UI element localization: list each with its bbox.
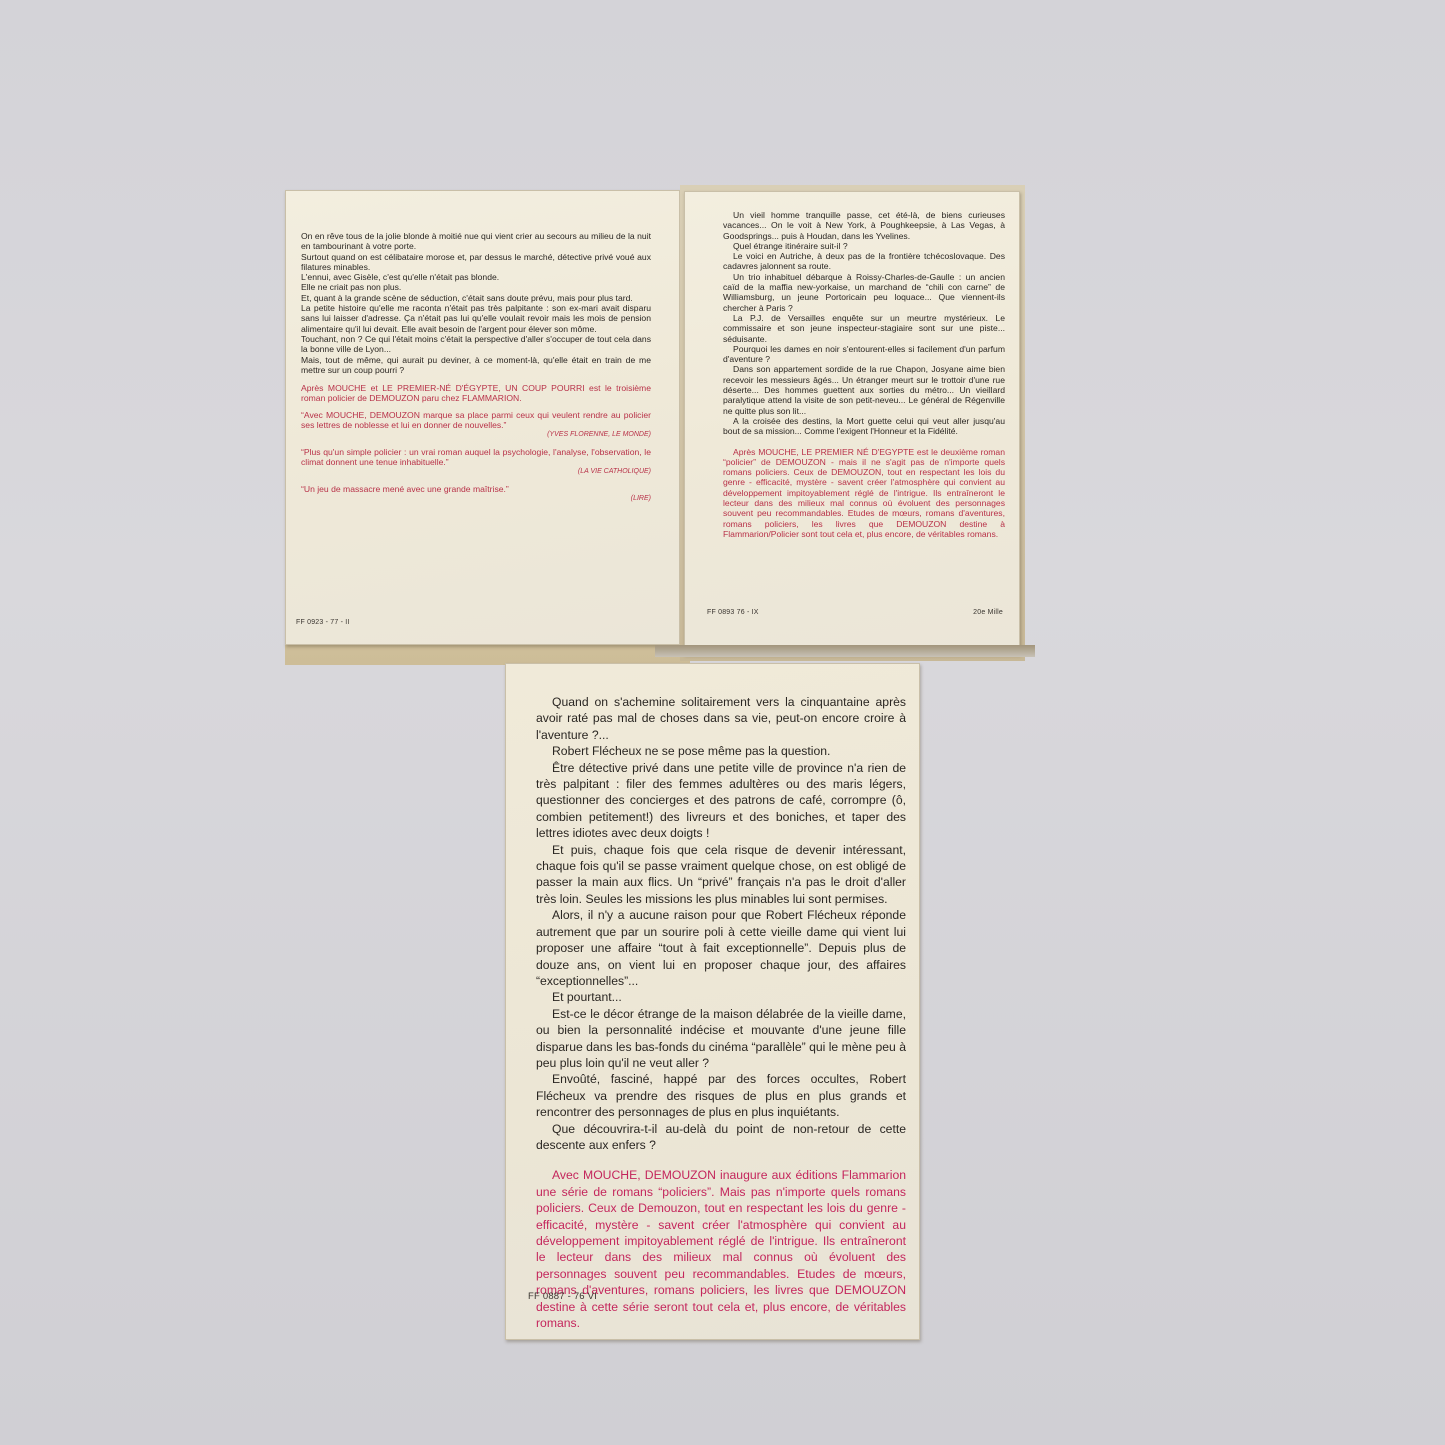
- paragraph: On en rêve tous de la jolie blonde à moi…: [301, 231, 651, 252]
- paragraph: Surtout quand on est célibataire morose …: [301, 252, 651, 273]
- paragraph: Et pourtant...: [536, 989, 906, 1005]
- paragraph: Être détective privé dans une petite vil…: [536, 760, 906, 842]
- book-2-synopsis: Un vieil homme tranquille passe, cet été…: [723, 210, 1005, 539]
- book-3-shadow: [655, 645, 1035, 657]
- paragraph: Est-ce le décor étrange de la maison dél…: [536, 1006, 906, 1072]
- paragraph: Le voici en Autriche, à deux pas de la f…: [723, 251, 1005, 272]
- publisher-blurb: Après MOUCHE, LE PREMIER NÉ D'EGYPTE est…: [723, 447, 1005, 540]
- paragraph: Un trio inhabituel débarque à Roissy-Cha…: [723, 272, 1005, 313]
- paragraph: Pourquoi les dames en noir s'entourent-e…: [723, 344, 1005, 365]
- press-quote: “Un jeu de massacre mené avec une grande…: [301, 484, 651, 494]
- book-1-synopsis: On en rêve tous de la jolie blonde à moi…: [301, 231, 651, 504]
- paragraph: Alors, il n'y a aucune raison pour que R…: [536, 907, 906, 989]
- paragraph: Touchant, non ? Ce qui l'était moins c'é…: [301, 334, 651, 355]
- paragraph: Quand on s'achemine solitairement vers l…: [536, 694, 906, 743]
- publisher-blurb: Avec MOUCHE, DEMOUZON inaugure aux éditi…: [536, 1167, 906, 1331]
- print-run: 20e Mille: [973, 609, 1003, 616]
- book-2-back-cover: Un vieil homme tranquille passe, cet été…: [684, 191, 1020, 654]
- paragraph: Et puis, chaque fois que cela risque de …: [536, 842, 906, 908]
- paragraph: Un vieil homme tranquille passe, cet été…: [723, 210, 1005, 241]
- quote-source: (LIRE): [301, 494, 651, 504]
- book-3-back-cover: Quand on s'achemine solitairement vers l…: [505, 663, 920, 1340]
- paragraph: Envoûté, fasciné, happé par des forces o…: [536, 1071, 906, 1120]
- paragraph: Quel étrange itinéraire suit-il ?: [723, 241, 1005, 251]
- catalog-code: FF 0887 - 76 VI: [528, 1291, 597, 1302]
- book-3-synopsis: Quand on s'achemine solitairement vers l…: [536, 694, 906, 1331]
- quote-source: (LA VIE CATHOLIQUE): [301, 467, 651, 477]
- paragraph: L'ennui, avec Gisèle, c'est qu'elle n'ét…: [301, 272, 651, 282]
- press-quote: “Plus qu'un simple policier : un vrai ro…: [301, 447, 651, 468]
- paragraph: Dans son appartement sordide de la rue C…: [723, 364, 1005, 415]
- paragraph: La P.J. de Versailles enquête sur un meu…: [723, 313, 1005, 344]
- press-quote: “Avec MOUCHE, DEMOUZON marque sa place p…: [301, 410, 651, 431]
- paragraph: Robert Flécheux ne se pose même pas la q…: [536, 743, 906, 759]
- paragraph: Et, quant à la grande scène de séduction…: [301, 293, 651, 303]
- paragraph: Mais, tout de même, qui aurait pu devine…: [301, 355, 651, 376]
- paragraph: Que découvrira-t-il au-delà du point de …: [536, 1121, 906, 1154]
- catalog-code: FF 0923 - 77 - II: [296, 619, 350, 626]
- quote-source: (YVES FLORENNE, LE MONDE): [301, 430, 651, 440]
- catalog-code: FF 0893 76 - IX: [707, 609, 759, 616]
- publisher-blurb: Après MOUCHE et LE PREMIER-NÉ D'ÉGYPTE, …: [301, 383, 651, 404]
- book-1-back-cover: On en rêve tous de la jolie blonde à moi…: [285, 190, 680, 645]
- paragraph: Elle ne criait pas non plus.: [301, 282, 651, 292]
- paragraph: A la croisée des destins, la Mort guette…: [723, 416, 1005, 437]
- paragraph: La petite histoire qu'elle me raconta n'…: [301, 303, 651, 334]
